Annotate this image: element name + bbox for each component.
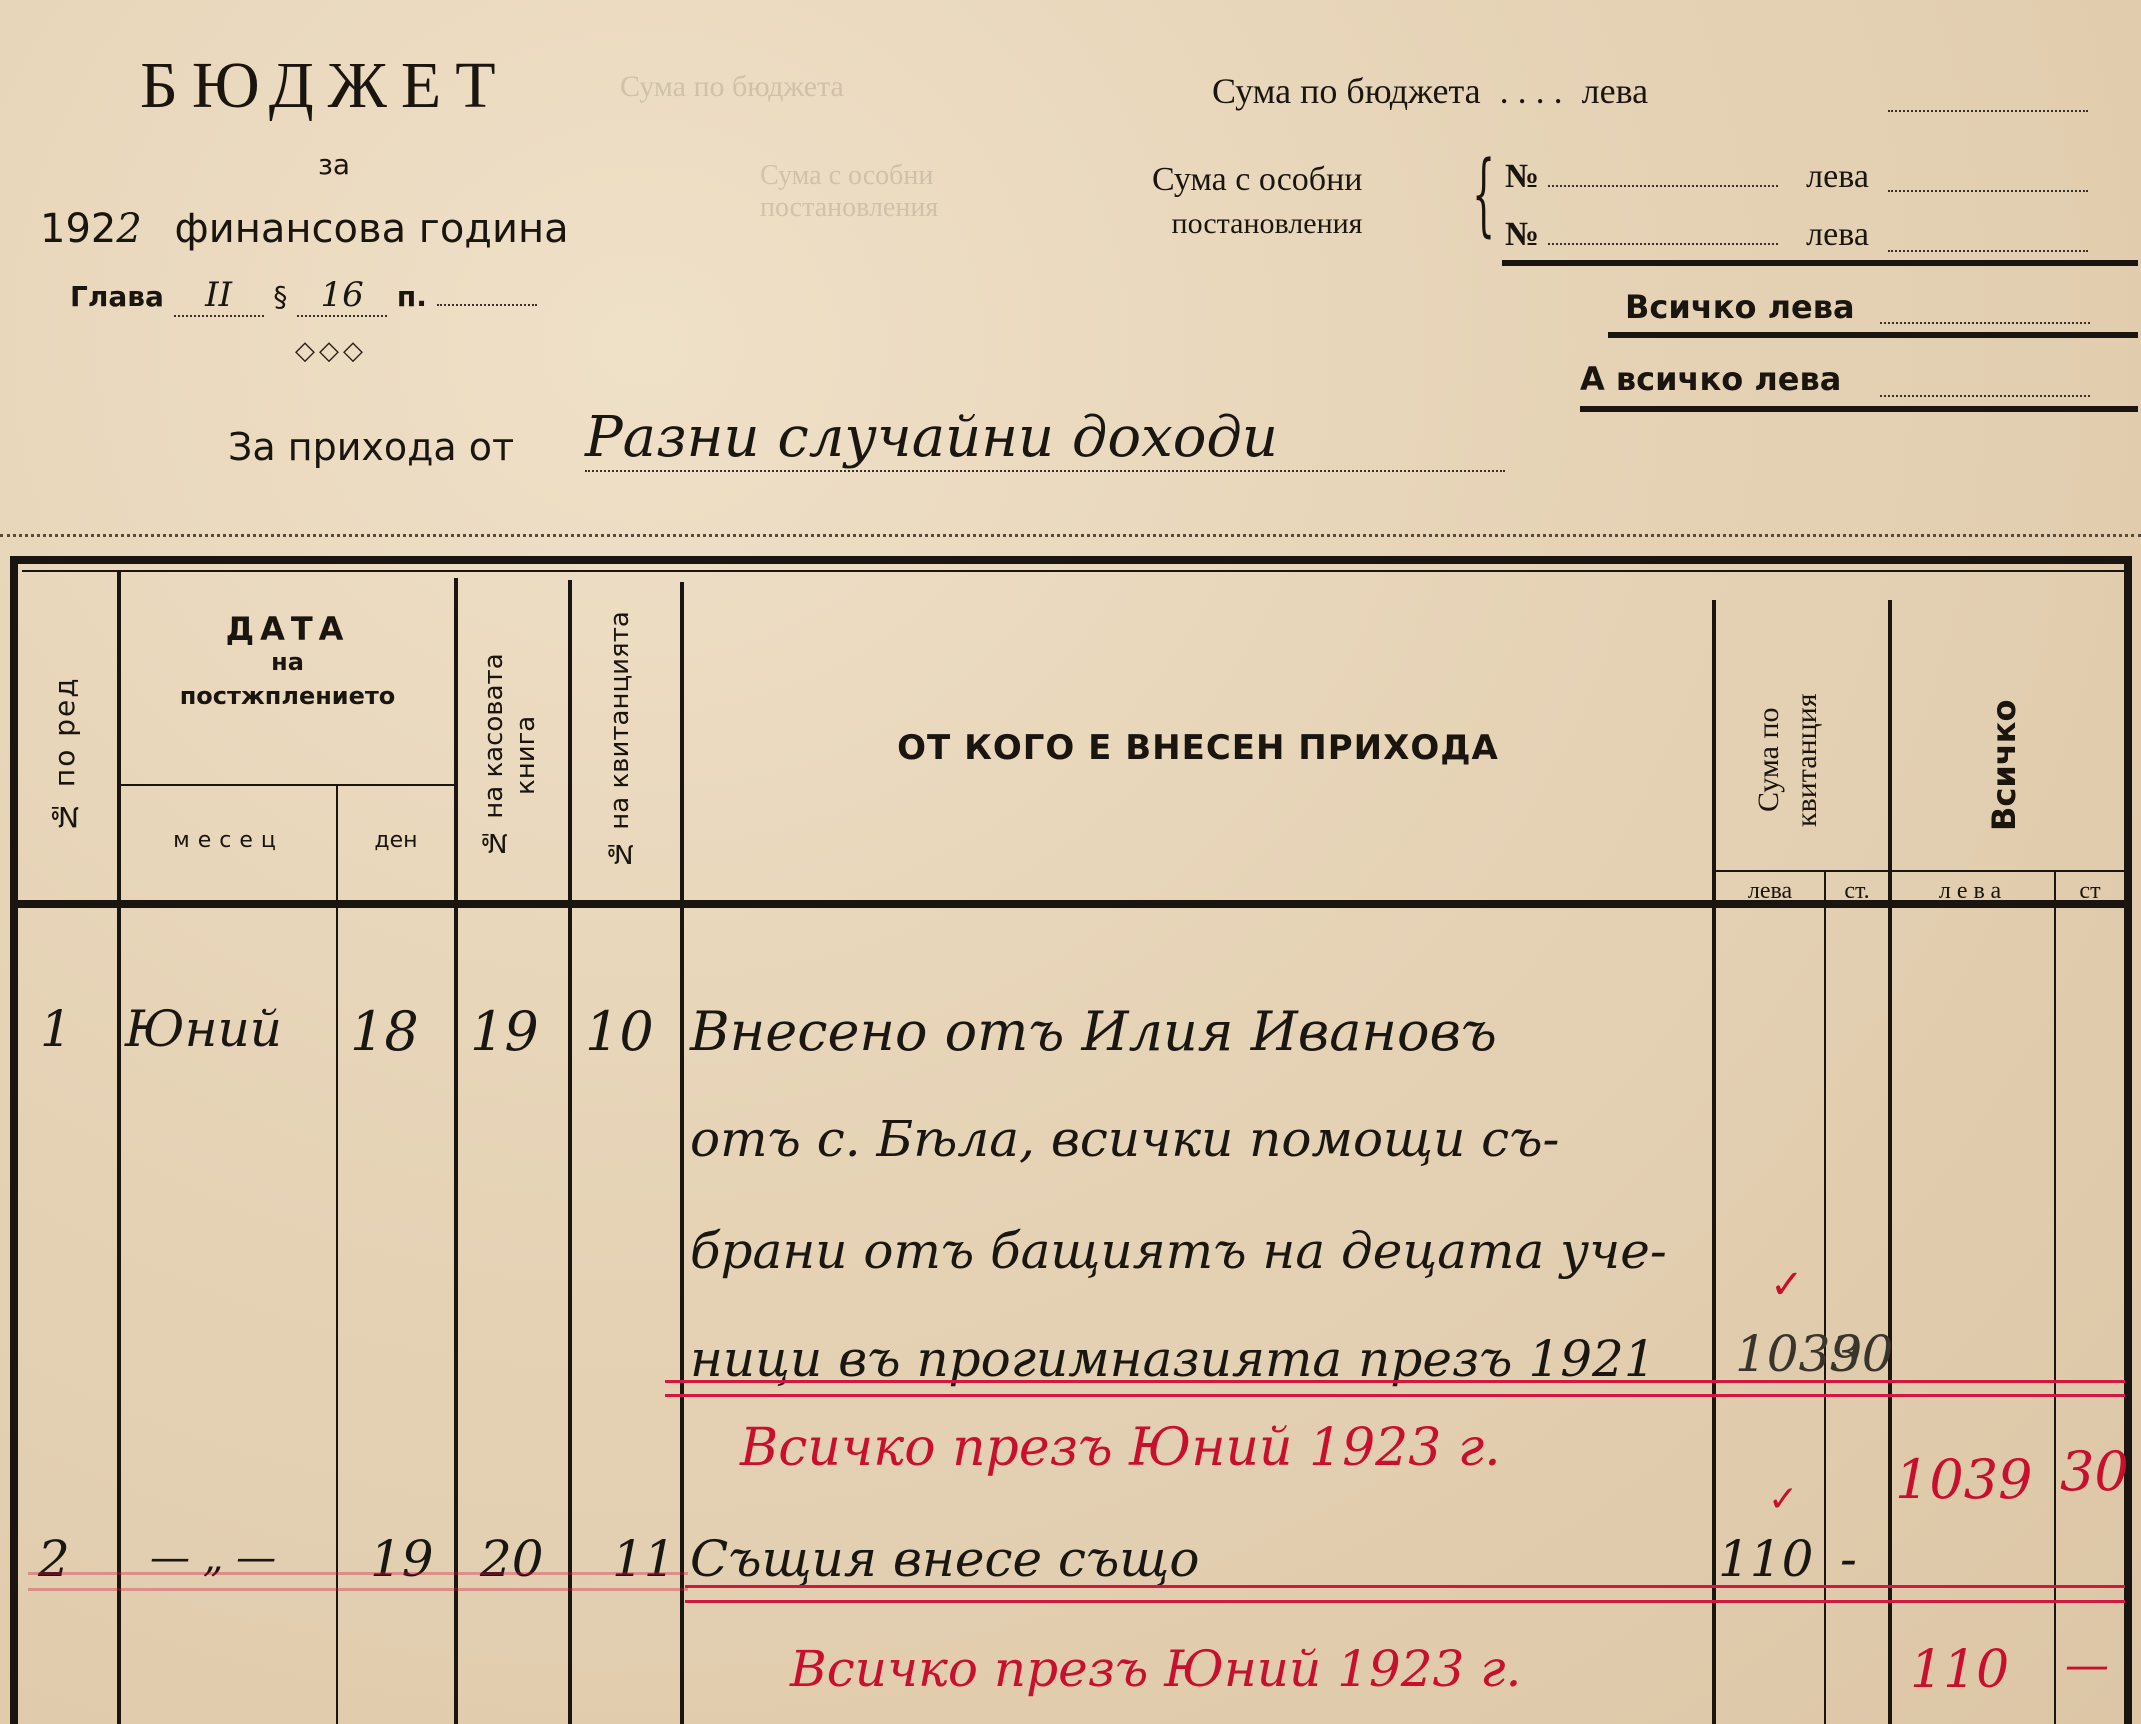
grand-total-label: А всичко лева (1580, 360, 1841, 398)
row-receipt: 10 (585, 1000, 654, 1063)
dotted-separator (0, 534, 2141, 537)
header-receipt-leva: лева (1716, 878, 1824, 905)
budget-sum-row: Сума по бюджета . . . . лева (1212, 70, 1648, 112)
row-no: 1 (40, 1000, 72, 1058)
fiscal-year-label: финансова година (175, 206, 569, 252)
row-receipt: 11 (612, 1530, 676, 1588)
header-receipt-st: ст. (1826, 878, 1888, 905)
col-line (117, 572, 121, 1724)
special-sum-field-2[interactable] (1888, 250, 2088, 252)
row-description-line: Внесено отъ Илия Ивановъ (690, 1000, 1497, 1063)
header-day: ден (338, 828, 454, 853)
za-label: за (318, 148, 350, 181)
row-total-st: 30 (2060, 1440, 2129, 1503)
glava-value: II (174, 275, 264, 317)
header-receipt-sum: Сума по квитанция (1750, 660, 1840, 860)
rule (1608, 332, 2138, 338)
row-total-st: — (2065, 1640, 2109, 1691)
table-top-border (10, 556, 2132, 564)
income-from-value[interactable]: Разни случайни доходи (585, 405, 1505, 472)
rule (1502, 260, 2138, 266)
total-leva-field[interactable] (1880, 322, 2090, 324)
header-total-st: ст (2056, 878, 2124, 905)
table-left-border (10, 556, 18, 1724)
red-underline (28, 1588, 688, 1591)
row-month: Юний (125, 1000, 282, 1058)
check-mark-icon: ✓ (1768, 1478, 1798, 1520)
fiscal-year-line: 1922 финансова година (40, 206, 569, 252)
paragraph-value: 16 (297, 275, 387, 317)
special-resolutions-label: Сума с особни постановления (1152, 158, 1362, 246)
year-handwritten: 2 (116, 206, 141, 252)
row-day: 18 (350, 1000, 419, 1063)
row-description-line: брани отъ бащиятъ на децата уче- (690, 1222, 1667, 1280)
table-top-inner (22, 570, 2126, 572)
paragraph-symbol: § (273, 280, 287, 313)
ornament-diamonds: ◇◇◇ (295, 335, 367, 366)
row-cash-book: 20 (480, 1530, 544, 1588)
red-underline (685, 1600, 2125, 1603)
total-leva-label: Всичко лева (1625, 288, 1855, 326)
year-printed: 192 (40, 206, 116, 252)
col-line (1888, 600, 1892, 1724)
header-receipt-no: № на квитанцията (605, 600, 635, 880)
red-underline (28, 1572, 688, 1575)
col-line (1712, 600, 1716, 1724)
header-total: Всичко (1985, 690, 2023, 840)
red-underline (665, 1380, 2125, 1383)
special-sum-field-1[interactable] (1888, 190, 2088, 192)
budget-title: БЮДЖЕТ (140, 48, 510, 124)
row-total-leva: 110 (1910, 1640, 2009, 1700)
budget-sum-field[interactable] (1888, 110, 2088, 112)
row-subtotal-label: Всичко презъ Юний 1923 г. (740, 1418, 1501, 1478)
rule (1580, 406, 2138, 412)
col-line (454, 578, 458, 1724)
header-from-whom: ОТ КОГО Е ВНЕСЕН ПРИХОДА (684, 728, 1712, 768)
header-date: ДАТА на постжплението (121, 610, 454, 710)
header-total-leva: лева (1892, 878, 2054, 905)
row-receipt-leva: 110 (1718, 1530, 1813, 1588)
row-description-line: отъ с. Бѣла, всички помощи съ- (690, 1110, 1559, 1168)
red-underline (665, 1394, 2125, 1397)
header-month: месец (121, 828, 336, 853)
col-line-thin (1824, 870, 1826, 1724)
glava-label: Глава (70, 280, 164, 313)
sum-sub-line (1716, 870, 2124, 872)
date-sub-line (121, 784, 454, 786)
col-line-thin (336, 784, 338, 1724)
check-mark-icon: ✓ (1770, 1262, 1804, 1308)
row-cash-book: 19 (470, 1000, 539, 1063)
income-from-label: За прихода от (228, 425, 514, 469)
bleed-through-text: Сума с особнипостановления (760, 160, 938, 224)
table-right-border (2124, 556, 2132, 1724)
row-day: 19 (370, 1530, 434, 1588)
row-subtotal-label: Всичко презъ Юний 1923 г. (790, 1640, 1521, 1698)
col-line-thin (2054, 870, 2056, 1724)
chapter-line: Глава II § 16 п. (70, 275, 537, 317)
special-row-2: № лева (1505, 216, 1869, 254)
row-description-line: Същия внесе също (690, 1530, 1199, 1588)
special-row-1: № лева (1505, 158, 1869, 196)
brace: { (1472, 150, 1495, 240)
row-total-leva: 1039 (1895, 1448, 2032, 1511)
col-line (568, 580, 572, 1724)
grand-total-field[interactable] (1880, 395, 2090, 397)
bleed-through-text: Сума по бюджета (620, 70, 844, 104)
row-receipt-st: - (1840, 1530, 1857, 1588)
header-cash-book: № на касовата книга (478, 630, 558, 880)
point-label: п. (397, 280, 427, 313)
header-row-no: № по ред (48, 640, 81, 870)
row-receipt-st: 30 (1830, 1325, 1894, 1383)
row-no: 2 (38, 1530, 70, 1588)
red-underline (685, 1585, 2125, 1588)
